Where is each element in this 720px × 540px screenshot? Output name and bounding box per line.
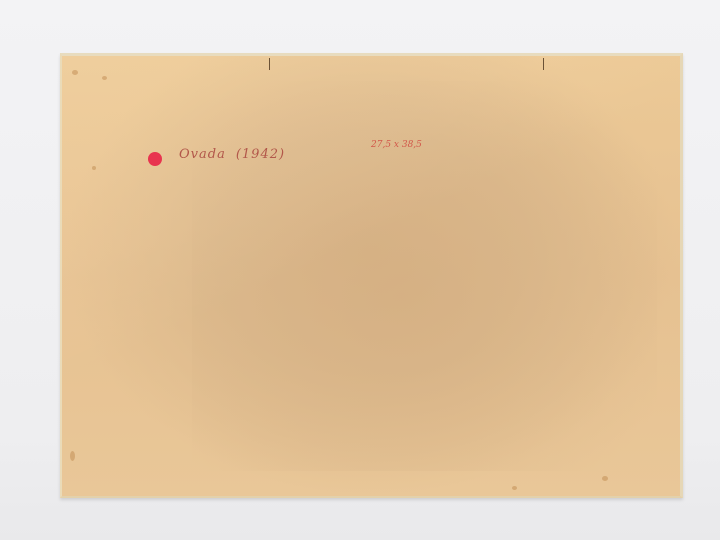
year-text: (1942) (236, 147, 285, 162)
red-marker-dot (148, 152, 162, 166)
stain-spot (92, 166, 96, 170)
painting-board-back: Ovada(1942) 27,5 x 38,5 (60, 53, 683, 498)
light-reflection (62, 56, 680, 496)
stain-spot (102, 76, 107, 80)
stain-spot (512, 486, 517, 490)
nail-mark (543, 58, 544, 70)
handwritten-title: Ovada(1942) (179, 147, 285, 162)
stain-spot (70, 451, 75, 461)
handwritten-dimensions: 27,5 x 38,5 (371, 140, 422, 150)
nail-mark (269, 58, 270, 70)
stain-spot (72, 70, 78, 75)
title-text: Ovada (179, 147, 226, 162)
stain-spot (602, 476, 608, 481)
